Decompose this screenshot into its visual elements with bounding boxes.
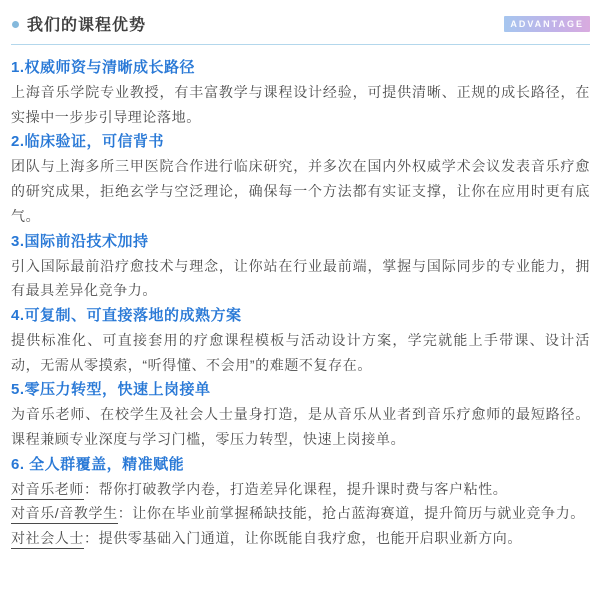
section-heading: 1.权威师资与清晰成长路径 (11, 56, 590, 80)
section-heading: 3.国际前沿技术加持 (11, 230, 590, 254)
section-heading: 5.零压力转型，快速上岗接单 (11, 378, 590, 402)
bullet-dot-icon (12, 21, 19, 28)
section-heading: 4.可复制、可直接落地的成熟方案 (11, 304, 590, 328)
section-authoritative-faculty: 1.权威师资与清晰成长路径 上海音乐学院专业教授，有丰富教学与课程设计经验，可提… (11, 56, 590, 129)
audience-label: 对社会人士 (11, 530, 84, 549)
section-body: 为音乐老师、在校学生及社会人士量身打造，是从音乐从业者到音乐疗愈师的最短路径。课… (11, 402, 590, 451)
section-heading: 6. 全人群覆盖，精准赋能 (11, 453, 590, 477)
section-full-coverage: 6. 全人群覆盖，精准赋能 对音乐老师：帮你打破教学内卷，打造差异化课程，提升课… (11, 453, 590, 551)
section-body: 团队与上海多所三甲医院合作进行临床研究，并多次在国内外权威学术会议发表音乐疗愈的… (11, 154, 590, 228)
audience-text: ：提供零基础入门通道，让你既能自我疗愈，也能开启职业新方向。 (84, 530, 522, 546)
audience-item-music-students: 对音乐/音教学生：让你在毕业前掌握稀缺技能，抢占蓝海赛道，提升简历与就业竞争力。 (11, 501, 590, 526)
section-zero-pressure-transition: 5.零压力转型，快速上岗接单 为音乐老师、在校学生及社会人士量身打造，是从音乐从… (11, 378, 590, 451)
section-international-technology: 3.国际前沿技术加持 引入国际最前沿疗愈技术与理念，让你站在行业最前端，掌握与国… (11, 230, 590, 303)
audience-item-general-public: 对社会人士：提供零基础入门通道，让你既能自我疗愈，也能开启职业新方向。 (11, 526, 590, 551)
audience-text: ：让你在毕业前掌握稀缺技能，抢占蓝海赛道，提升简历与就业竞争力。 (118, 505, 585, 521)
audience-label: 对音乐老师 (11, 481, 84, 500)
section-body: 提供标准化、可直接套用的疗愈课程模板与活动设计方案，学完就能上手带课、设计活动，… (11, 328, 590, 377)
audience-text: ：帮你打破教学内卷，打造差异化课程，提升课时费与客户粘性。 (84, 481, 507, 497)
page-title: 我们的课程优势 (27, 12, 504, 35)
section-heading: 2.临床验证，可信背书 (11, 130, 590, 154)
section-replicable-solutions: 4.可复制、可直接落地的成熟方案 提供标准化、可直接套用的疗愈课程模板与活动设计… (11, 304, 590, 377)
section-clinical-validation: 2.临床验证，可信背书 团队与上海多所三甲医院合作进行临床研究，并多次在国内外权… (11, 130, 590, 228)
section-body: 上海音乐学院专业教授，有丰富教学与课程设计经验，可提供清晰、正规的成长路径，在实… (11, 80, 590, 129)
page-header: 我们的课程优势 ADVANTAGE (11, 12, 590, 45)
course-advantages-page: 我们的课程优势 ADVANTAGE 1.权威师资与清晰成长路径 上海音乐学院专业… (0, 0, 600, 551)
audience-label: 对音乐/音教学生 (11, 505, 118, 524)
advantage-badge: ADVANTAGE (504, 16, 590, 32)
audience-item-music-teachers: 对音乐老师：帮你打破教学内卷，打造差异化课程，提升课时费与客户粘性。 (11, 477, 590, 502)
section-body: 引入国际最前沿疗愈技术与理念，让你站在行业最前端，掌握与国际同步的专业能力，拥有… (11, 254, 590, 303)
